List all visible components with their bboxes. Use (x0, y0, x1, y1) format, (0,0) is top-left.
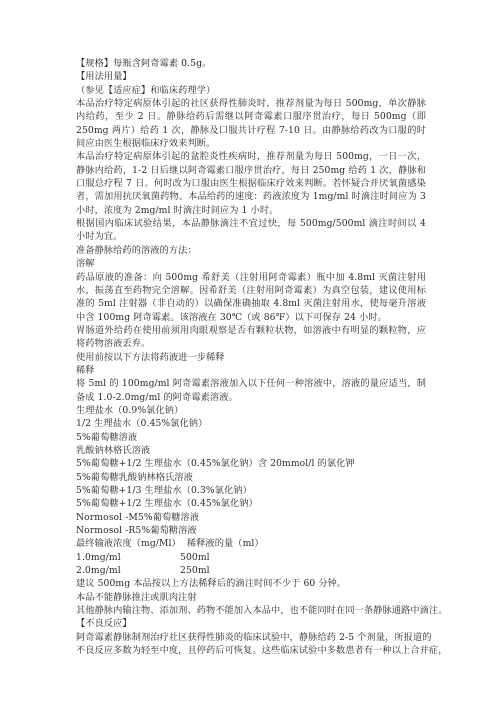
diluent-item: Normosol -M5%葡萄糖溶液 (76, 511, 426, 524)
header-diluent-volume: 稀释液的量（ml） (187, 537, 264, 550)
dilute-before-use: 使用前按以下方法将药液进一步稀释 (76, 351, 426, 364)
usage-reference: （参见【适应症】和临床药理学） (76, 84, 426, 97)
prep-method-label: 准备静脉给药的溶液的方法： (76, 244, 426, 257)
table-row: 2.0mg/ml 250ml (76, 564, 426, 577)
drug-leaflet-text: 【规格】每瓶含阿奇霉素 0.5g。 【用法用量】 （参见【适应症】和临床药理学）… (76, 57, 426, 657)
volume-cell: 250ml (180, 564, 210, 577)
diluent-list: 生理盐水（0.9%氯化钠） 1/2 生理盐水（0.45%氯化钠） 5%葡萄糖溶液… (76, 404, 426, 537)
table-row: 1.0mg/ml 500ml (76, 551, 426, 564)
no-bolus-warning: 本品不能静脉推注或肌肉注射 (76, 591, 426, 604)
spec-section: 【规格】每瓶含阿奇霉素 0.5g。 (76, 57, 426, 70)
dissolve-paragraph: 药品原液的准备：向 500mg 希舒美（注射用阿奇霉素）瓶中加 4.8ml 灭菌… (76, 271, 426, 324)
dissolve-heading: 溶解 (76, 257, 426, 270)
diluent-item: 5%葡萄糖溶液 (76, 431, 426, 444)
header-final-concentration: 最终输液浓度（mg/Ml） (76, 537, 181, 550)
infusion-advice: 建议 500mg 本品按以上方法稀释后的滴注时间不少于 60 分钟。 (76, 577, 426, 590)
diluent-item: 1/2 生理盐水（0.45%氯化钠） (76, 417, 426, 430)
diluent-item: 5%葡萄糖+1/2 生理盐水（0.45%氯化钠） (76, 497, 426, 510)
volume-cell: 500ml (180, 551, 210, 564)
concentration-table: 最终输液浓度（mg/Ml） 稀释液的量（ml） 1.0mg/ml 500ml 2… (76, 537, 426, 577)
concentration-cell: 1.0mg/ml (76, 551, 180, 564)
diluent-item: 乳酸钠林格氏溶液 (76, 444, 426, 457)
pid-dosage-paragraph: 本品治疗特定病原体引起的盆腔炎性疾病时，推荐剂量为每日 500mg，一日一次，静… (76, 150, 426, 217)
concentration-table-header: 最终输液浓度（mg/Ml） 稀释液的量（ml） (76, 537, 426, 550)
adverse-line: 阿奇霉素静脉制剂治疗社区获得性肺炎的临床试验中，静脉给药 2-5 个剂量，所报道… (76, 631, 426, 644)
adverse-line: 不良反应多数为轻至中度，且停药后可恢复。这些临床试验中多数患者有一种以上合并症， (76, 644, 426, 657)
dilute-heading: 稀释 (76, 364, 426, 377)
diluent-item: 5%葡萄糖+1/3 生理盐水（0.3%氯化钠） (76, 484, 426, 497)
domestic-trial-note: 根据国内临床试验结果，本品静脉滴注不宜过快，每 500mg/500ml 滴注时间… (76, 217, 426, 244)
diluent-item: 5%葡萄糖乳酸钠林格氏溶液 (76, 471, 426, 484)
document-page: 【规格】每瓶含阿奇霉素 0.5g。 【用法用量】 （参见【适应症】和临床药理学）… (0, 0, 500, 707)
usage-heading: 【用法用量】 (76, 70, 426, 83)
concentration-cell: 2.0mg/ml (76, 564, 180, 577)
diluent-item: Normosol -R5%葡萄糖溶液 (76, 524, 426, 537)
diluent-item: 生理盐水（0.9%氯化钠） (76, 404, 426, 417)
parenteral-check-paragraph: 胃肠道外给药在使用前须用肉眼观察是否有颗粒状物，如溶液中有明显的颗粒物，应将药物… (76, 324, 426, 351)
incompatibility-note: 其他静脉内输注物、添加剂、药物不能加入本品中，也不能同时在同一条静脉通路中滴注。 (76, 604, 426, 617)
diluent-item: 5%葡萄糖+1/2 生理盐水（0.45%氯化钠）含 20mmol/l 的氯化钾 (76, 457, 426, 470)
dilute-paragraph: 将 5ml 的 100mg/ml 阿奇霉素溶液加入以下任何一种溶液中，溶液的量应… (76, 377, 426, 404)
adverse-reactions-heading: 【不良反应】 (76, 617, 426, 630)
cap-dosage-paragraph: 本品治疗特定病原体引起的社区获得性肺炎时，推荐剂量为每日 500mg，单次静脉内… (76, 97, 426, 150)
